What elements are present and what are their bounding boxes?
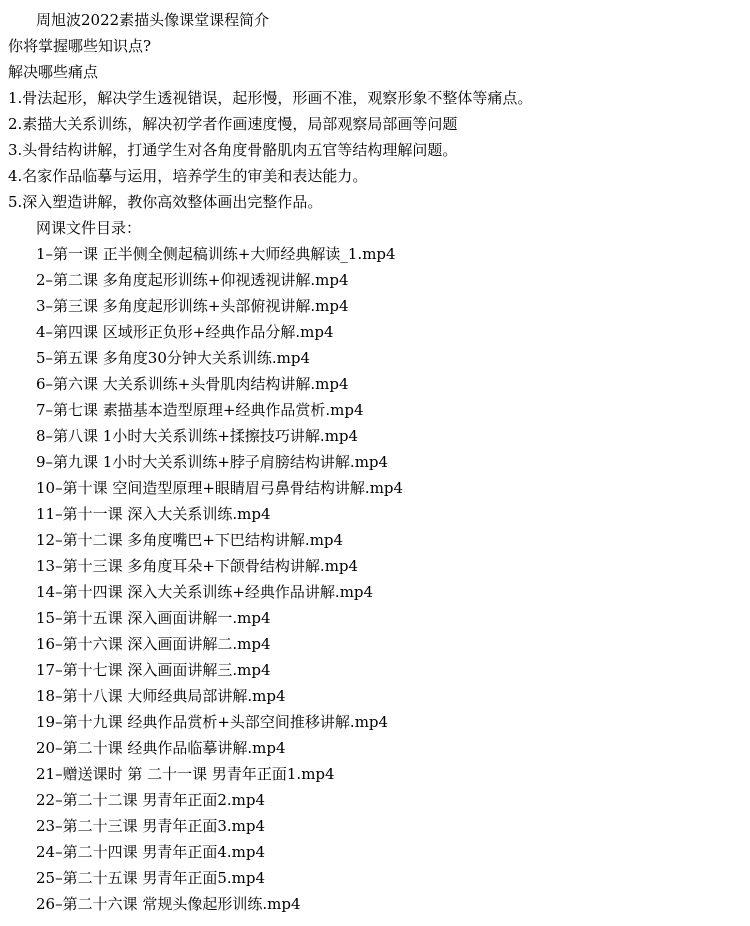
pain-point-item: 2.素描大关系训练，解决初学者作画速度慢，局部观察局部画等问题	[0, 111, 750, 137]
file-item: 13–第十三课 多角度耳朵+下颌骨结构讲解.mp4	[0, 553, 750, 579]
file-item: 26–第二十六课 常规头像起形训练.mp4	[0, 891, 750, 917]
file-item: 17–第十七课 深入画面讲解三.mp4	[0, 657, 750, 683]
pain-point-item: 3.头骨结构讲解，打通学生对各角度骨骼肌肉五官等结构理解问题。	[0, 137, 750, 163]
file-item: 4–第四课 区域形正负形+经典作品分解.mp4	[0, 319, 750, 345]
file-item: 25–第二十五课 男青年正面5.mp4	[0, 865, 750, 891]
file-item: 9–第九课 1小时大关系训练+脖子肩膀结构讲解.mp4	[0, 449, 750, 475]
file-item: 23–第二十三课 男青年正面3.mp4	[0, 813, 750, 839]
file-item: 15–第十五课 深入画面讲解一.mp4	[0, 605, 750, 631]
file-item: 19–第十九课 经典作品赏析+头部空间推移讲解.mp4	[0, 709, 750, 735]
pain-points-heading: 解决哪些痛点	[0, 59, 750, 85]
file-item: 14–第十四课 深入大关系训练+经典作品讲解.mp4	[0, 579, 750, 605]
file-item: 18–第十八课 大师经典局部讲解.mp4	[0, 683, 750, 709]
document: 周旭波2022素描头像课堂课程简介 你将掌握哪些知识点? 解决哪些痛点 1.骨法…	[0, 0, 750, 917]
pain-points-list: 1.骨法起形，解决学生透视错误，起形慢，形画不准，观察形象不整体等痛点。 2.素…	[0, 85, 750, 215]
file-item: 8–第八课 1小时大关系训练+揉擦技巧讲解.mp4	[0, 423, 750, 449]
file-item: 24–第二十四课 男青年正面4.mp4	[0, 839, 750, 865]
file-item: 3–第三课 多角度起形训练+头部俯视讲解.mp4	[0, 293, 750, 319]
file-item: 11–第十一课 深入大关系训练.mp4	[0, 501, 750, 527]
file-item: 2–第二课 多角度起形训练+仰视透视讲解.mp4	[0, 267, 750, 293]
pain-point-item: 1.骨法起形，解决学生透视错误，起形慢，形画不准，观察形象不整体等痛点。	[0, 85, 750, 111]
pain-point-item: 5.深入塑造讲解，教你高效整体画出完整作品。	[0, 189, 750, 215]
file-item: 6–第六课 大关系训练+头骨肌肉结构讲解.mp4	[0, 371, 750, 397]
file-item: 21–赠送课时 第 二十一课 男青年正面1.mp4	[0, 761, 750, 787]
file-item: 5–第五课 多角度30分钟大关系训练.mp4	[0, 345, 750, 371]
pain-point-item: 4.名家作品临摹与运用，培养学生的审美和表达能力。	[0, 163, 750, 189]
file-item: 16–第十六课 深入画面讲解二.mp4	[0, 631, 750, 657]
file-list-heading: 网课文件目录：	[0, 215, 750, 241]
file-item: 10–第十课 空间造型原理+眼睛眉弓鼻骨结构讲解.mp4	[0, 475, 750, 501]
knowledge-question: 你将掌握哪些知识点?	[0, 33, 750, 59]
file-item: 7–第七课 素描基本造型原理+经典作品赏析.mp4	[0, 397, 750, 423]
file-item: 1–第一课 正半侧全侧起稿训练+大师经典解读_1.mp4	[0, 241, 750, 267]
file-item: 22–第二十二课 男青年正面2.mp4	[0, 787, 750, 813]
file-list: 1–第一课 正半侧全侧起稿训练+大师经典解读_1.mp4 2–第二课 多角度起形…	[0, 241, 750, 917]
file-item: 12–第十二课 多角度嘴巴+下巴结构讲解.mp4	[0, 527, 750, 553]
document-title: 周旭波2022素描头像课堂课程简介	[0, 7, 750, 33]
file-item: 20–第二十课 经典作品临摹讲解.mp4	[0, 735, 750, 761]
